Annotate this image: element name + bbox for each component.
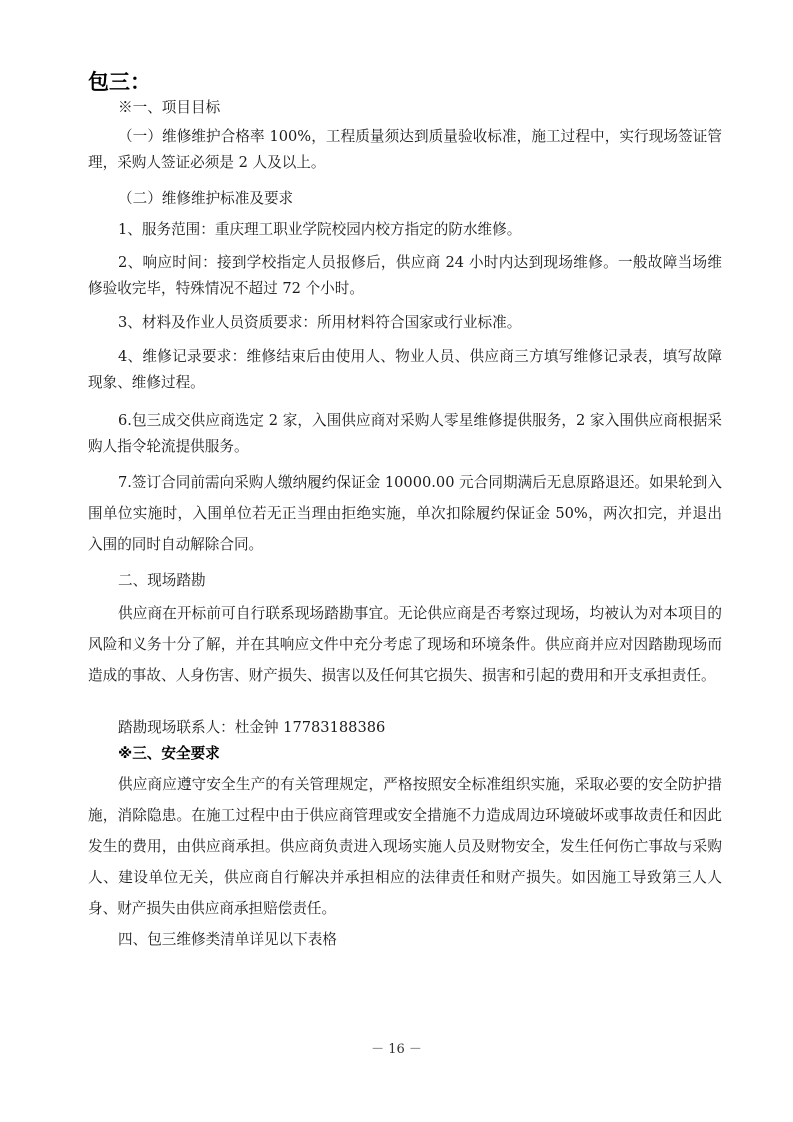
paragraph-qualification-rate: （一）维修维护合格率 100%，工程质量须达到质量验收标准，施工过程中，实行现场… [88, 124, 722, 176]
item-performance-bond: 7.签订合同前需向采购人缴纳履约保证金 10000.00 元合同期满后无息原路退… [88, 467, 722, 560]
item-maintenance-records: 4、维修记录要求：维修结束后由使用人、物业人员、供应商三方填写维修记录表，填写故… [88, 344, 722, 396]
section-heading-safety: ※三、安全要求 [118, 742, 220, 763]
item-selected-suppliers: 6.包三成交供应商选定 2 家，入围供应商对采购人零星维修提供服务，2 家入围供… [88, 408, 722, 460]
subheading-maintenance-standards: （二）维修维护标准及要求 [118, 187, 293, 208]
site-survey-contact: 踏勘现场联系人：杜金钟 17783188386 [118, 716, 385, 737]
item-service-scope: 1、服务范围：重庆理工职业学院校园内校方指定的防水维修。 [88, 217, 722, 243]
paragraph-site-survey: 供应商在开标前可自行联系现场踏勘事宜。无论供应商是否考察过现场，均被认为对本项目… [88, 598, 722, 691]
section-heading-site-survey: 二、现场踏勘 [118, 569, 206, 590]
item-materials-qualification: 3、材料及作业人员资质要求：所用材料符合国家或行业标准。 [88, 310, 722, 336]
section-heading-project-goals: ※一、项目目标 [118, 96, 220, 117]
document-page: 包三： ※一、项目目标 （一）维修维护合格率 100%，工程质量须达到质量验收标… [0, 0, 793, 1122]
section-heading-repair-list: 四、包三维修类清单详见以下表格 [118, 928, 337, 949]
item-response-time: 2、响应时间：接到学校指定人员报修后，供应商 24 小时内达到现场维修。一般故障… [88, 250, 722, 302]
package-title: 包三： [88, 66, 151, 96]
paragraph-safety-requirements: 供应商应遵守安全生产的有关管理规定，严格按照安全标准组织实施，采取必要的安全防护… [88, 769, 722, 924]
page-number: － 16 － [0, 1038, 793, 1057]
